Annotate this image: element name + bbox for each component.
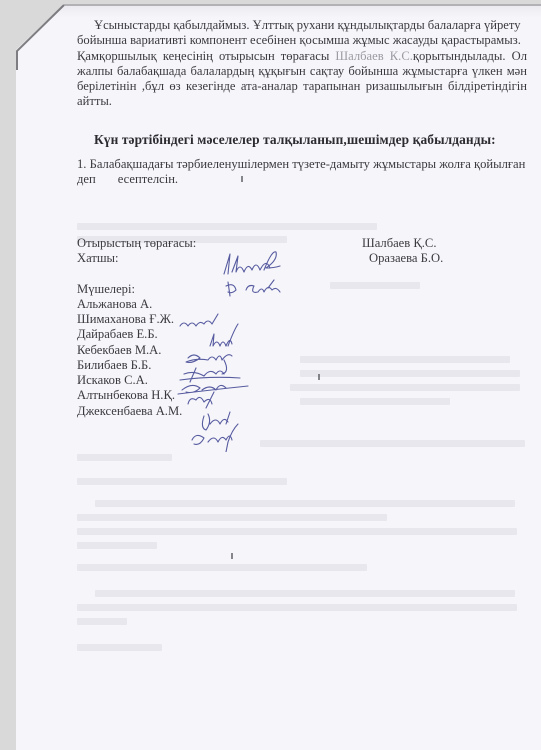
member-name: Джексенбаева А.М. <box>77 404 527 419</box>
chair-name: Шалбаев Қ.С. <box>362 236 436 251</box>
signatories-block: Отырыстың төрағасы: Шалбаев Қ.С. Хатшы: … <box>77 236 527 266</box>
secretary-role: Хатшы: <box>77 251 119 266</box>
member-name: Билибаев Б.Б. <box>77 358 527 373</box>
page-top-edge <box>64 4 541 6</box>
member-name: Искаков С.А. <box>77 373 527 388</box>
closing-paragraph: Қамқоршылық кеңесінің отырысын төрағасы … <box>77 49 527 110</box>
document-body: Ұсыныстарды қабылдаймыз. Ұлттық рухани қ… <box>77 18 527 419</box>
member-name: Алтынбекова Н.Қ. <box>77 388 527 403</box>
proposal-paragraph: Ұсыныстарды қабылдаймыз. Ұлттық рухани қ… <box>77 18 527 49</box>
secretary-name: Оразаева Б.О. <box>369 251 443 266</box>
decision-item: 1. Балабақшадағы тәрбиеленушілермен түзе… <box>77 157 527 188</box>
chair-row: Отырыстың төрағасы: Шалбаев Қ.С. <box>77 236 527 251</box>
decision-number: 1. <box>77 157 86 171</box>
agenda-heading: Күн тәртібіндегі мәселелер талқыланып,ше… <box>77 132 527 147</box>
decision-text-end: есептелсін. <box>118 172 178 186</box>
members-block: Мүшелері: Альжанова А. Шимаханова Ғ.Ж. Д… <box>77 282 527 419</box>
member-name: Альжанова А. <box>77 297 527 312</box>
member-name: Шимаханова Ғ.Ж. <box>77 312 527 327</box>
closing-text-start: Қамқоршылық кеңесінің отырысын төрағасы <box>77 49 335 63</box>
members-label: Мүшелері: <box>77 282 527 297</box>
member-name: Кебекбаев М.А. <box>77 343 527 358</box>
member-name: Дайрабаев Е.Б. <box>77 327 527 342</box>
chair-role: Отырыстың төрағасы: <box>77 236 196 251</box>
chair-name-inline: Шалбаев К.С. <box>335 49 412 63</box>
secretary-row: Хатшы: Оразаева Б.О. <box>77 251 527 266</box>
